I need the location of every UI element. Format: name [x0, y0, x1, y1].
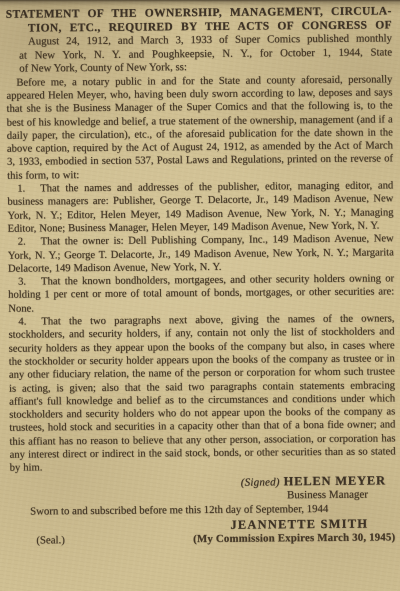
paragraph-3-bondholders: 3.That the known bondholders, mortgagees… [8, 272, 394, 315]
signed-label: (Signed) [241, 476, 280, 488]
paragraph-text: That the owner is: Dell Publishing Compa… [8, 234, 394, 275]
statement-title: STATEMENT OF THE OWNERSHIP, MANAGEMENT, … [6, 5, 393, 76]
paragraph-number: 4. [18, 316, 26, 329]
commission-expiry: (My Commission Expires March 30, 1945) [193, 530, 396, 546]
paragraph-2-owner: 2.That the owner is: Dell Publishing Com… [8, 233, 394, 276]
paragraph-number: 1. [17, 183, 25, 196]
paragraph-text: Before me, a notary public in and for th… [6, 74, 393, 181]
seal-and-commission-row: (Seal.) (My Commission Expires March 30,… [10, 530, 396, 548]
paragraph-text: That the known bondholders, mortgagees, … [8, 273, 394, 314]
paragraph-number: 2. [18, 236, 26, 249]
paragraph-4-trustee-statement: 4.That the two paragraphs next above, gi… [8, 312, 395, 475]
signer-name: HELEN MEYER [284, 473, 386, 488]
statement-of-ownership-document: STATEMENT OF THE OWNERSHIP, MANAGEMENT, … [0, 0, 400, 591]
paragraph-text: That the names and addresses of the publ… [7, 180, 393, 234]
paragraph-number: 3. [18, 276, 26, 289]
document-content: STATEMENT OF THE OWNERSHIP, MANAGEMENT, … [6, 5, 397, 547]
paragraph-text: That the two paragraphs next above, givi… [8, 313, 395, 474]
seal-note: (Seal.) [36, 533, 65, 548]
intro-paragraph: Before me, a notary public in and for th… [6, 73, 393, 183]
paragraph-1-names-addresses: 1.That the names and addresses of the pu… [7, 179, 393, 236]
